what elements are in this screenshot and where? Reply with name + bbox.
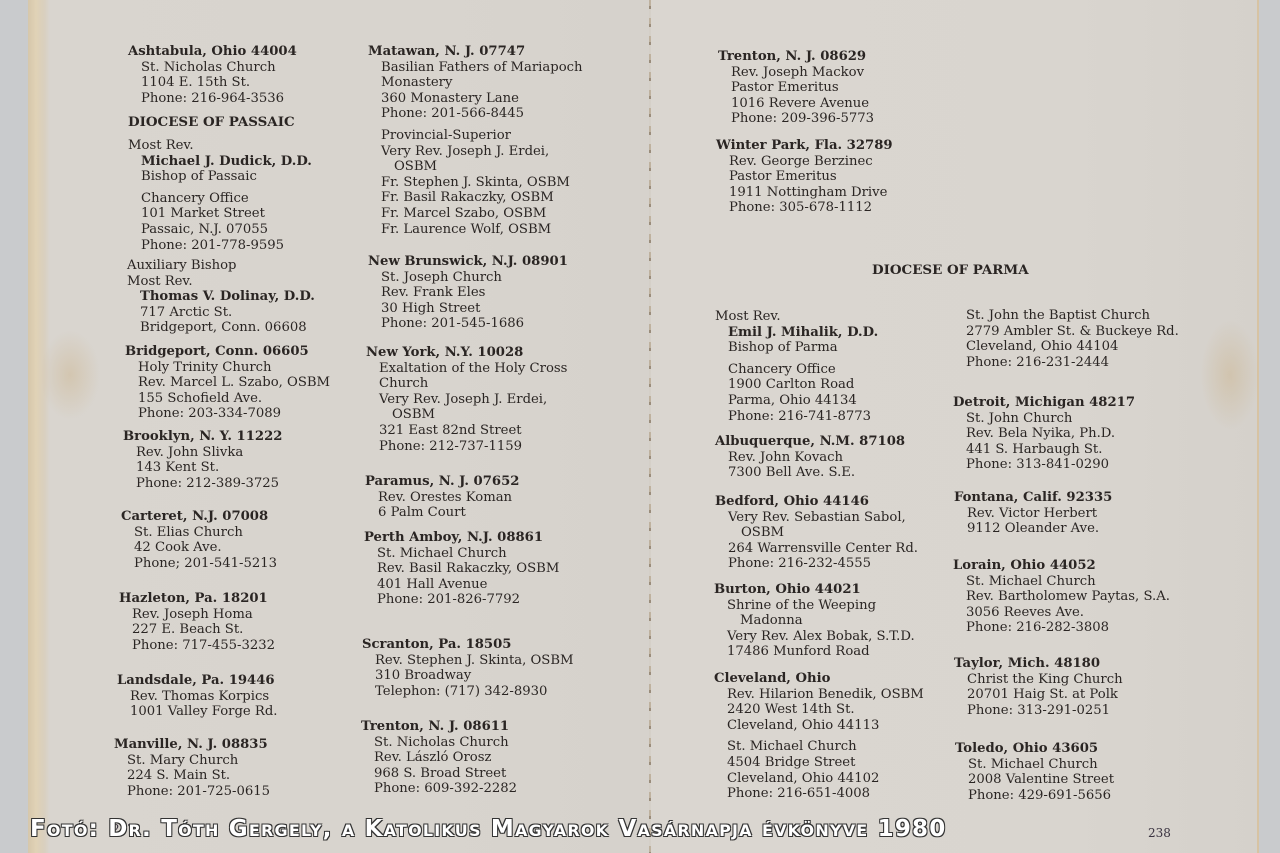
entry-line: Cleveland, Ohio 44113 [714,718,924,734]
entry-line: Very Rev. Joseph J. Erdei, [368,144,583,160]
entry-line: Phone: 216-232-4555 [715,556,918,572]
entry-line: St. Nicholas Church [128,60,297,76]
entry-line: Phone: 313-291-0251 [954,703,1123,719]
entry-line: 3056 Reeves Ave. [953,605,1170,621]
entry-line: 2008 Valentine Street [955,772,1114,788]
entry-line: St. Mary Church [114,753,270,769]
entry-line: 7300 Bell Ave. S.E. [715,465,905,481]
entry-perth-amboy: Perth Amboy, N.J. 08861 St. Michael Chur… [364,530,559,608]
entry-line: Phone: 209-396-5773 [718,111,874,127]
entry-line: Basilian Fathers of Mariapoch [368,60,583,76]
entry-heading: Scranton, Pa. 18505 [362,637,574,653]
entry-line: 1900 Carlton Road [715,377,878,393]
entry-line: 264 Warrensville Center Rd. [715,541,918,557]
entry-prefix: Most Rev. [715,309,878,325]
entry-line: Phone: 216-741-8773 [715,409,878,425]
entry-line: Phone: 717-455-3232 [119,638,275,654]
entry-trenton-08611: Trenton, N. J. 08611 St. Nicholas Church… [361,719,517,797]
entry-heading: Ashtabula, Ohio 44004 [128,44,297,60]
entry-taylor: Taylor, Mich. 48180 Christ the King Chur… [954,656,1123,718]
entry-line: OSBM [368,159,583,175]
entry-line: Passaic, N.J. 07055 [128,222,312,238]
entry-line: Rev. Basil Rakaczky, OSBM [364,561,559,577]
entry-line: Madonna [714,613,915,629]
entry-heading: Toledo, Ohio 43605 [955,741,1114,757]
entry-bridgeport: Bridgeport, Conn. 06605 Holy Trinity Chu… [125,344,330,422]
section-title-parma: DIOCESE OF PARMA [872,262,1029,278]
entry-heading: Brooklyn, N. Y. 11222 [123,429,282,445]
entry-matawan: Matawan, N. J. 07747 Basilian Fathers of… [368,44,583,237]
bishop-name: Michael J. Dudick, D.D. [128,154,312,170]
entry-line: Rev. Victor Herbert [954,506,1112,522]
entry-line: Rev. John Kovach [715,450,905,466]
entry-heading: Trenton, N. J. 08629 [718,49,874,65]
entry-line: OSBM [715,525,918,541]
entry-heading: Perth Amboy, N.J. 08861 [364,530,559,546]
entry-line: Rev. Hilarion Benedik, OSBM [714,687,924,703]
entry-line: Rev. Joseph Mackov [718,65,874,81]
entry-heading: Detroit, Michigan 48217 [953,395,1135,411]
entry-line: 9112 Oleander Ave. [954,521,1112,537]
entry-line: Phone: 212-389-3725 [123,476,282,492]
entry-line: 101 Market Street [128,206,312,222]
entry-line: Rev. Orestes Koman [365,490,519,506]
entry-line: Rev. Thomas Korpics [117,689,277,705]
entry-st-john-baptist: St. John the Baptist Church 2779 Ambler … [953,308,1179,370]
entry-line: OSBM [366,407,567,423]
entry-line: 224 S. Main St. [114,768,270,784]
entry-line: Phone: 216-231-2444 [953,355,1179,371]
entry-line: 401 Hall Avenue [364,577,559,593]
entry-heading: Fontana, Calif. 92335 [954,490,1112,506]
entry-ashtabula: Ashtabula, Ohio 44004 St. Nicholas Churc… [128,44,297,106]
entry-line: 17486 Munford Road [714,644,915,660]
entry-winter-park: Winter Park, Fla. 32789 Rev. George Berz… [716,138,893,216]
section-title-passaic: DIOCESE OF PASSAIC [128,114,295,130]
entry-line: St. Michael Church [953,574,1170,590]
entry-albuquerque: Albuquerque, N.M. 87108 Rev. John Kovach… [715,434,905,481]
entry-line: Rev. Joseph Homa [119,607,275,623]
age-stain [40,330,100,420]
entry-burton: Burton, Ohio 44021 Shrine of the Weeping… [714,582,915,660]
entry-landsdale: Landsdale, Pa. 19446 Rev. Thomas Korpics… [117,673,277,720]
entry-heading: Lorain, Ohio 44052 [953,558,1170,574]
entry-heading: Carteret, N.J. 07008 [121,509,277,525]
entry-line: St. Joseph Church [368,270,568,286]
entry-toledo: Toledo, Ohio 43605 St. Michael Church 20… [955,741,1114,803]
entry-line: Bridgeport, Conn. 06608 [127,320,315,336]
entry-line: Phone: 201-778-9595 [128,238,312,254]
entry-line: St. Michael Church [714,739,924,755]
entry-line: 42 Cook Ave. [121,540,277,556]
entry-manville: Manville, N. J. 08835 St. Mary Church 22… [114,737,270,799]
entry-new-york: New York, N.Y. 10028 Exaltation of the H… [366,345,567,454]
entry-detroit: Detroit, Michigan 48217 St. John Church … [953,395,1135,473]
photo-credit-caption: Fotó: Dr. Tóth Gergely, a Katolikus Magy… [30,816,1260,842]
entry-line: Rev. Stephen J. Skinta, OSBM [362,653,574,669]
entry-line: 155 Schofield Ave. [125,391,330,407]
entry-heading: Manville, N. J. 08835 [114,737,270,753]
entry-line: Parma, Ohio 44134 [715,393,878,409]
entry-hazleton: Hazleton, Pa. 18201 Rev. Joseph Homa 227… [119,591,275,653]
entry-line: Rev. Marcel L. Szabo, OSBM [125,375,330,391]
entry-bedford: Bedford, Ohio 44146 Very Rev. Sebastian … [715,494,918,572]
entry-line: Monastery [368,75,583,91]
entry-line: St. John Church [953,411,1135,427]
entry-line: Chancery Office [715,362,878,378]
entry-heading: New York, N.Y. 10028 [366,345,567,361]
entry-heading: Albuquerque, N.M. 87108 [715,434,905,450]
entry-heading: Taylor, Mich. 48180 [954,656,1123,672]
entry-line: Pastor Emeritus [716,169,893,185]
entry-line: Bishop of Parma [715,340,878,356]
entry-line: Cleveland, Ohio 44104 [953,339,1179,355]
entry-line: Fr. Laurence Wolf, OSBM [368,222,583,238]
age-stain [1200,320,1260,430]
entry-prefix: Auxiliary Bishop [127,258,315,274]
entry-line: Rev. John Slivka [123,445,282,461]
entry-line: Phone: 212-737-1159 [366,439,567,455]
book-gutter [649,0,651,853]
entry-line: Phone: 201-545-1686 [368,316,568,332]
entry-line: 1001 Valley Forge Rd. [117,704,277,720]
entry-line: 4504 Bridge Street [714,755,924,771]
entry-line: Phone: 609-392-2282 [361,781,517,797]
entry-line: Rev. Frank Eles [368,285,568,301]
entry-new-brunswick: New Brunswick, N.J. 08901 St. Joseph Chu… [368,254,568,332]
entry-line: Phone: 203-334-7089 [125,406,330,422]
entry-line: Phone: 313-841-0290 [953,457,1135,473]
entry-line: Rev. László Orosz [361,750,517,766]
entry-heading: Hazleton, Pa. 18201 [119,591,275,607]
entry-line: Very Rev. Joseph J. Erdei, [366,392,567,408]
entry-paramus: Paramus, N. J. 07652 Rev. Orestes Koman … [365,474,519,521]
entry-line: 310 Broadway [362,668,574,684]
entry-line: Phone: 305-678-1112 [716,200,893,216]
entry-fontana: Fontana, Calif. 92335 Rev. Victor Herber… [954,490,1112,537]
entry-line: St. Michael Church [364,546,559,562]
entry-line: 227 E. Beach St. [119,622,275,638]
entry-scranton: Scranton, Pa. 18505 Rev. Stephen J. Skin… [362,637,574,699]
entry-brooklyn: Brooklyn, N. Y. 11222 Rev. John Slivka 1… [123,429,282,491]
entry-heading: Paramus, N. J. 07652 [365,474,519,490]
entry-heading: Winter Park, Fla. 32789 [716,138,893,154]
entry-line: Cleveland, Ohio 44102 [714,771,924,787]
entry-heading: Trenton, N. J. 08611 [361,719,517,735]
entry-line: Fr. Stephen J. Skinta, OSBM [368,175,583,191]
entry-line: Provincial-Superior [368,128,583,144]
entry-line: 1911 Nottingham Drive [716,185,893,201]
entry-line: 20701 Haig St. at Polk [954,687,1123,703]
entry-line: Church [366,376,567,392]
entry-line: St. Elias Church [121,525,277,541]
entry-heading: Burton, Ohio 44021 [714,582,915,598]
entry-line: Phone: 201-566-8445 [368,106,583,122]
entry-line: 1016 Revere Avenue [718,96,874,112]
entry-line: 717 Arctic St. [127,305,315,321]
entry-line: Phone: 429-691-5656 [955,788,1114,804]
entry-line: Christ the King Church [954,672,1123,688]
entry-trenton-08629: Trenton, N. J. 08629 Rev. Joseph Mackov … [718,49,874,127]
entry-heading: Landsdale, Pa. 19446 [117,673,277,689]
entry-line: 6 Palm Court [365,505,519,521]
entry-line: Phone: 201-725-0615 [114,784,270,800]
entry-line: Fr. Marcel Szabo, OSBM [368,206,583,222]
entry-line: 441 S. Harbaugh St. [953,442,1135,458]
entry-line: Fr. Basil Rakaczky, OSBM [368,190,583,206]
entry-line: 2420 West 14th St. [714,702,924,718]
entry-carteret: Carteret, N.J. 07008 St. Elias Church 42… [121,509,277,571]
entry-heading: Bridgeport, Conn. 06605 [125,344,330,360]
entry-line: Phone: 216-964-3536 [128,91,297,107]
entry-line: 143 Kent St. [123,460,282,476]
entry-line: 321 East 82nd Street [366,423,567,439]
entry-cleveland: Cleveland, Ohio Rev. Hilarion Benedik, O… [714,671,924,802]
entry-line: Bishop of Passaic [128,169,312,185]
entry-line: Pastor Emeritus [718,80,874,96]
entry-lorain: Lorain, Ohio 44052 St. Michael Church Re… [953,558,1170,636]
entry-line: Holy Trinity Church [125,360,330,376]
entry-line: Very Rev. Sebastian Sabol, [715,510,918,526]
entry-line: St. John the Baptist Church [953,308,1179,324]
entry-line: Telephon: (717) 342-8930 [362,684,574,700]
entry-line: 30 High Street [368,301,568,317]
entry-line: Rev. Bela Nyika, Ph.D. [953,426,1135,442]
entry-auxiliary-bishop: Auxiliary Bishop Most Rev. Thomas V. Dol… [127,258,315,336]
entry-line: 1104 E. 15th St. [128,75,297,91]
entry-heading: Cleveland, Ohio [714,671,924,687]
entry-line: 360 Monastery Lane [368,91,583,107]
entry-line: St. Nicholas Church [361,735,517,751]
entry-line: Phone: 216-282-3808 [953,620,1170,636]
entry-line: Phone; 201-541-5213 [121,556,277,572]
entry-line: St. Michael Church [955,757,1114,773]
entry-line: Rev. George Berzinec [716,154,893,170]
entry-heading: Matawan, N. J. 07747 [368,44,583,60]
entry-line: Chancery Office [128,191,312,207]
entry-line: Phone: 216-651-4008 [714,786,924,802]
entry-line: Phone: 201-826-7792 [364,592,559,608]
entry-heading: New Brunswick, N.J. 08901 [368,254,568,270]
entry-prefix: Most Rev. [128,138,312,154]
bishop-name: Emil J. Mihalik, D.D. [715,325,878,341]
entry-heading: Bedford, Ohio 44146 [715,494,918,510]
entry-line: Exaltation of the Holy Cross [366,361,567,377]
bishop-name: Thomas V. Dolinay, D.D. [127,289,315,305]
entry-line: 968 S. Broad Street [361,766,517,782]
entry-bishop-passaic: Most Rev. Michael J. Dudick, D.D. Bishop… [128,138,312,253]
entry-line: Rev. Bartholomew Paytas, S.A. [953,589,1170,605]
entry-line: Shrine of the Weeping [714,598,915,614]
entry-prefix: Most Rev. [127,274,315,290]
entry-bishop-parma: Most Rev. Emil J. Mihalik, D.D. Bishop o… [715,309,878,424]
entry-line: 2779 Ambler St. & Buckeye Rd. [953,324,1179,340]
entry-line: Very Rev. Alex Bobak, S.T.D. [714,629,915,645]
